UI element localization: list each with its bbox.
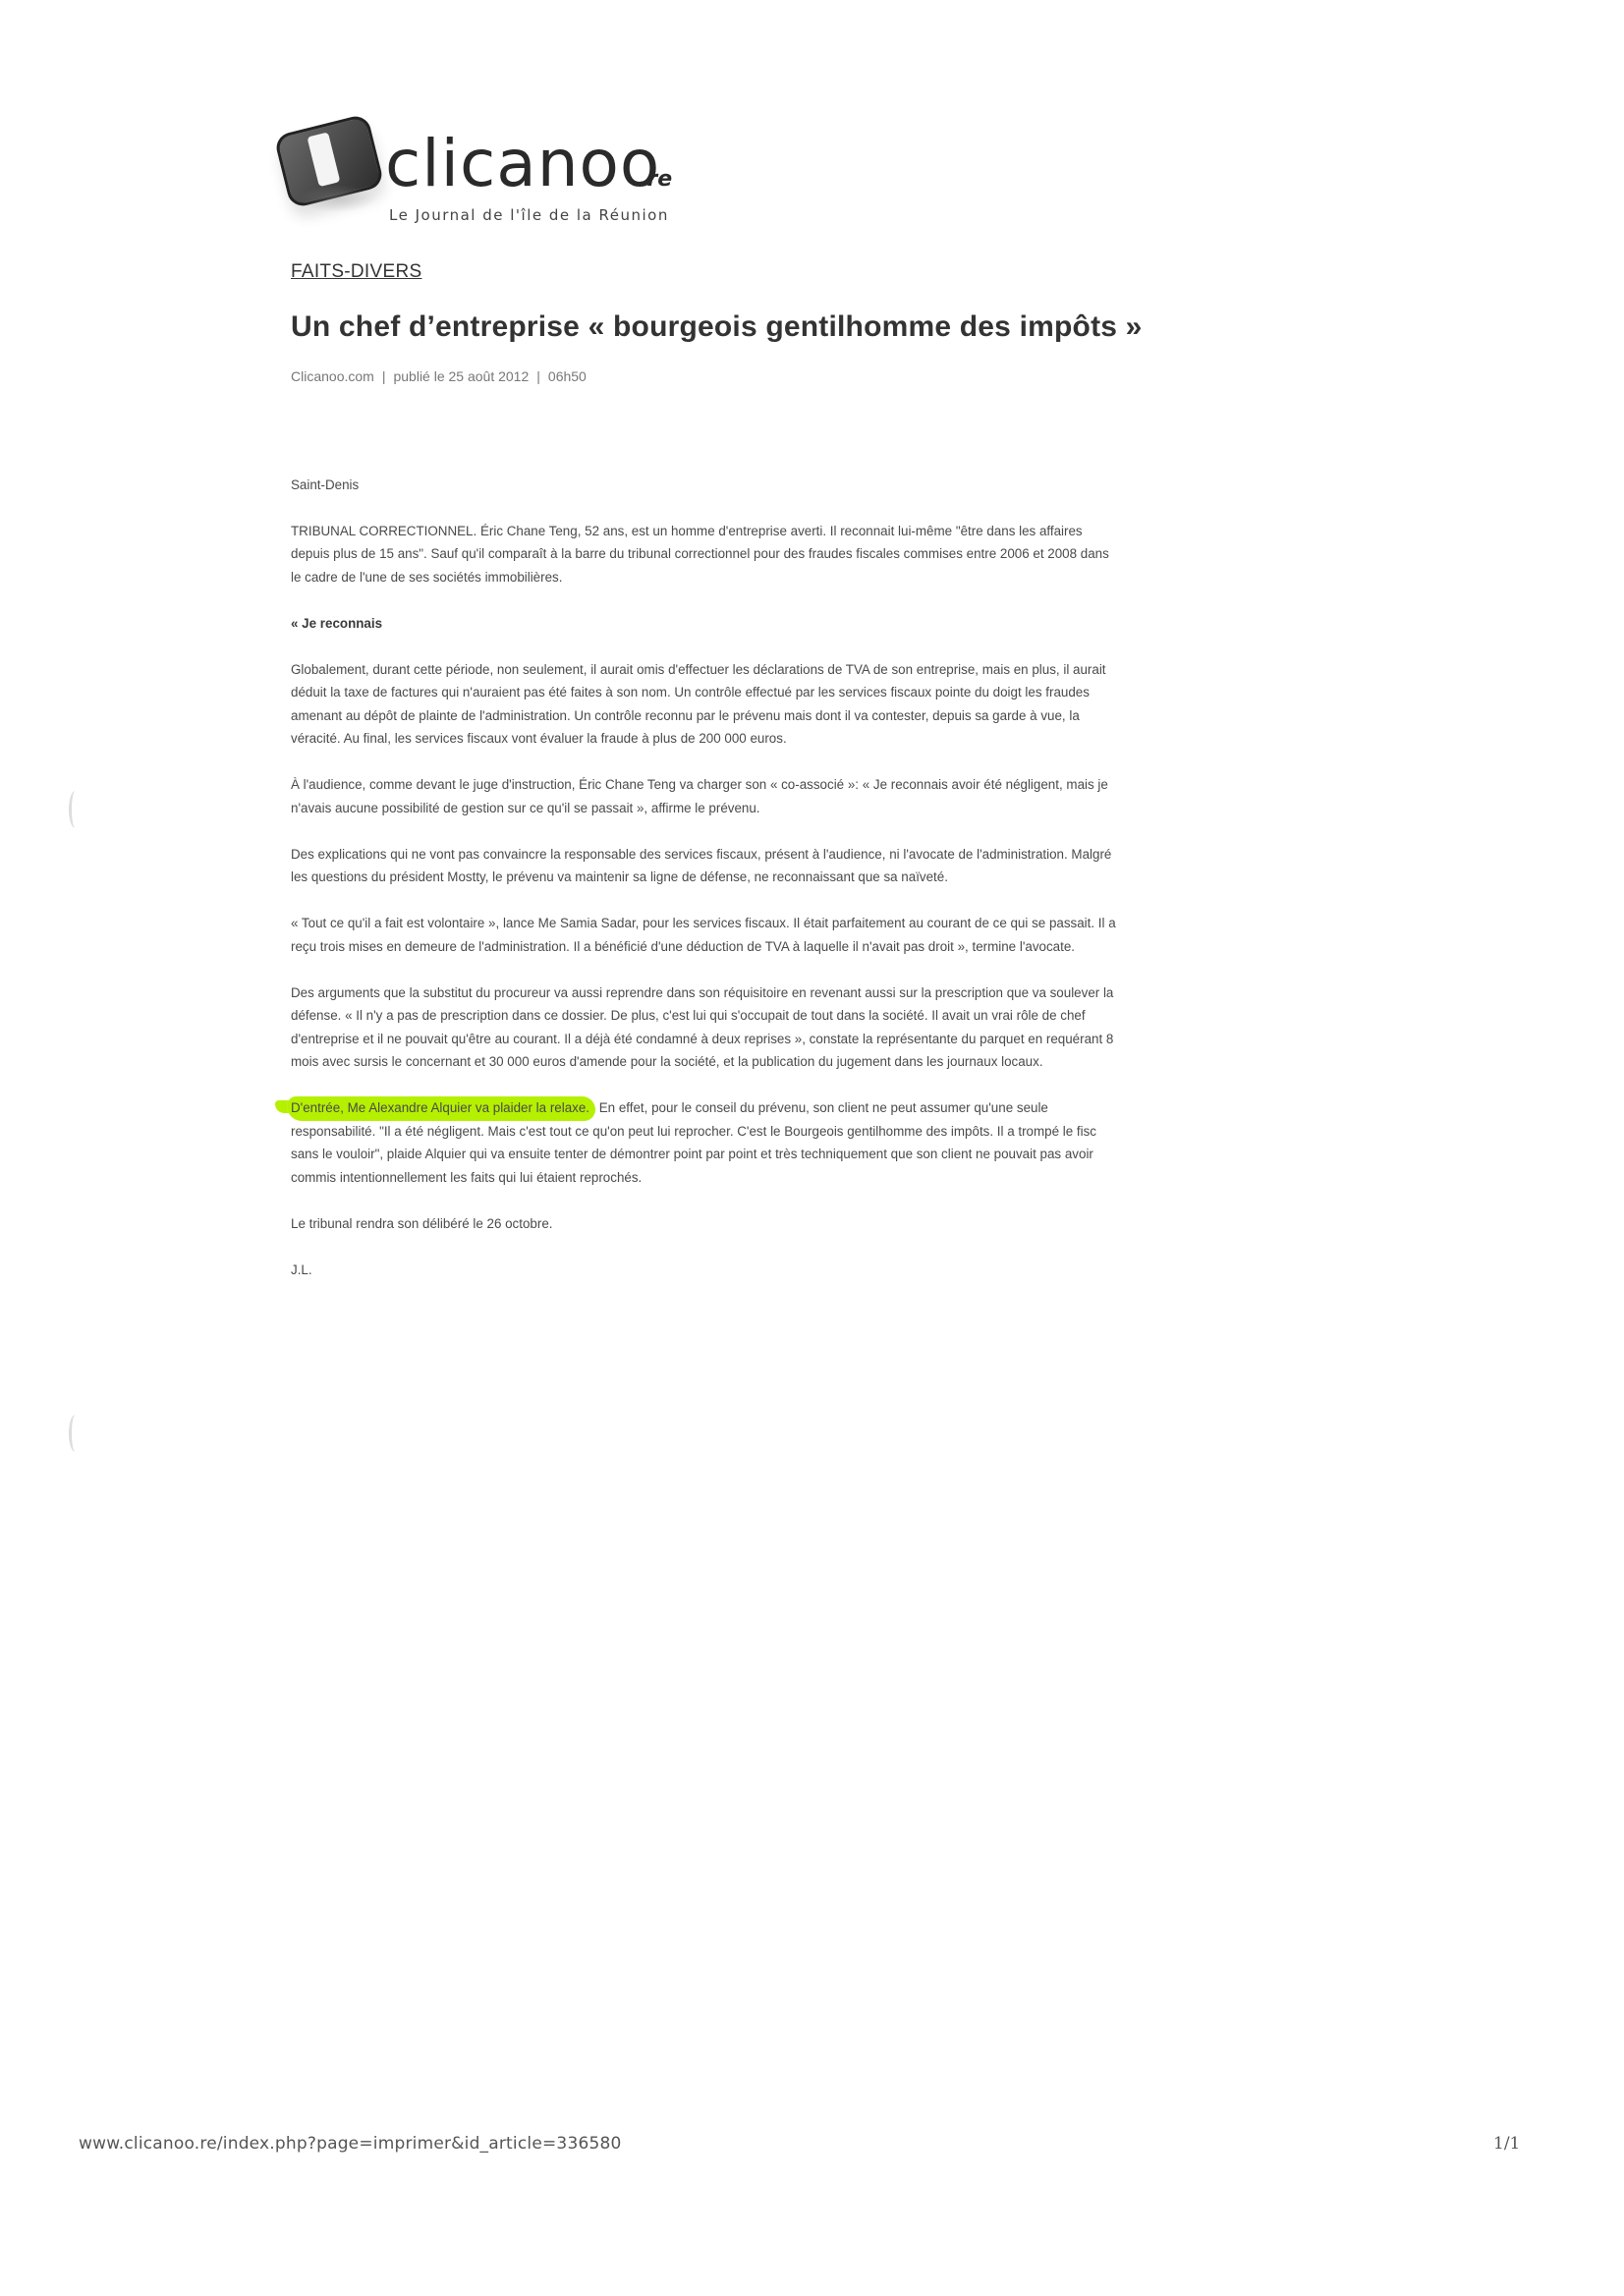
meta-time: 06h50 (548, 368, 587, 384)
highlighter-mark: D'entrée, Me Alexandre Alquier va plaide… (287, 1096, 595, 1121)
article-body: Saint-Denis TRIBUNAL CORRECTIONNEL. Éric… (291, 474, 1120, 1305)
logo-tagline: Le Journal de l'île de la Réunion (389, 206, 669, 224)
article-closing: Le tribunal rendra son délibéré le 26 oc… (291, 1212, 1120, 1236)
meta-published: publié le 25 août 2012 (393, 368, 529, 384)
logo-tld: .re (639, 167, 672, 192)
print-page-number: 1/1 (1493, 2134, 1520, 2154)
article-subhead: « Je reconnais (291, 612, 1120, 636)
article-meta: Clicanoo.com|publié le 25 août 2012|06h5… (291, 368, 587, 384)
article-paragraph: À l'audience, comme devant le juge d'ins… (291, 773, 1120, 819)
article-paragraph: TRIBUNAL CORRECTIONNEL. Éric Chane Teng,… (291, 520, 1120, 589)
meta-separator: | (382, 368, 386, 384)
meta-separator: | (536, 368, 540, 384)
scan-artifact-mark (69, 791, 82, 828)
logo-icon (273, 113, 384, 208)
print-footer-url: www.clicanoo.re/index.php?page=imprimer&… (79, 2134, 622, 2154)
article-paragraph-highlighted: D'entrée, Me Alexandre Alquier va plaide… (291, 1096, 1120, 1189)
article-headline: Un chef d’entreprise « bourgeois gentilh… (291, 310, 1143, 344)
article-paragraph: « Tout ce qu'il a fait est volontaire »,… (291, 912, 1120, 958)
clicanoo-logo: clicanoo .re Le Journal de l'île de la R… (277, 110, 700, 238)
scan-artifact-mark (69, 1415, 82, 1452)
article-location: Saint-Denis (291, 474, 1120, 497)
article-author: J.L. (291, 1259, 1120, 1282)
article-paragraph: Des arguments que la substitut du procur… (291, 981, 1120, 1074)
section-link[interactable]: FAITS-DIVERS (291, 261, 421, 283)
meta-source: Clicanoo.com (291, 368, 374, 384)
article-paragraph: Des explications qui ne vont pas convain… (291, 843, 1120, 889)
article-paragraph: Globalement, durant cette période, non s… (291, 658, 1120, 751)
logo-wordmark: clicanoo (385, 132, 660, 196)
